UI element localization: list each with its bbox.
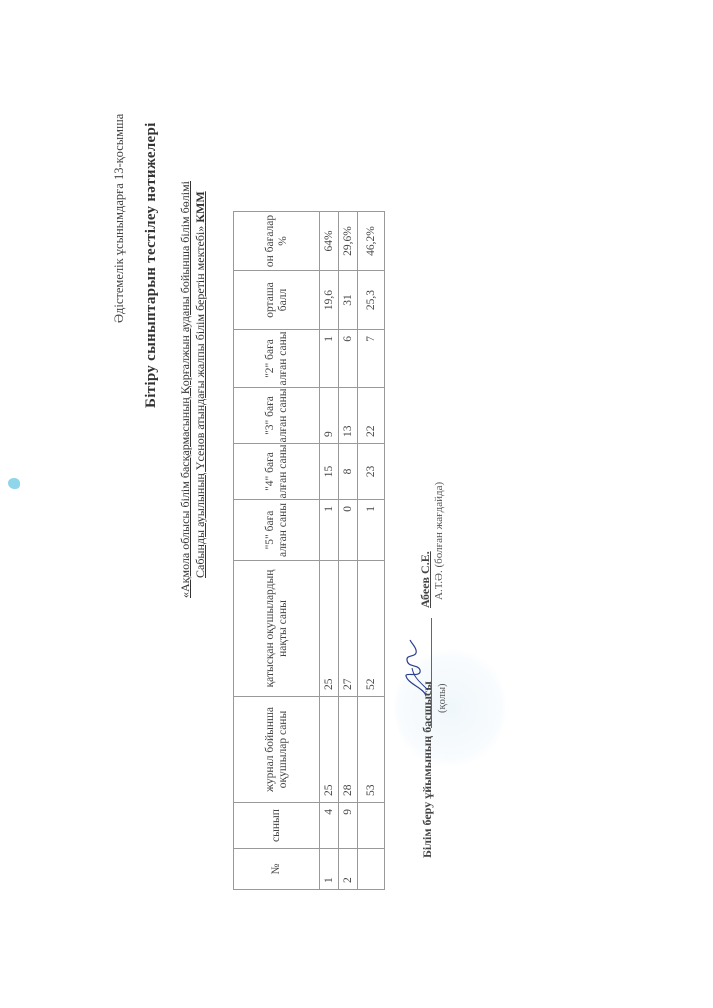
col-header-grade-3: "3" баға алған саны [234,388,320,444]
cell: 1 [320,849,339,890]
document-title: Бітіру сыныптарын тестілеу нәтижелері [143,122,160,408]
cell: 4 [320,803,339,849]
appendix-note: Әдістемелік ұсынымдарға 13-қосымша [112,114,127,323]
cell: 9 [339,803,358,849]
cell: 31 [339,271,358,330]
cell: 23 [358,444,385,500]
cell: 28 [339,697,358,803]
table-header-row: № сынып журнал бойынша оқушылар саны қат… [234,212,320,890]
cell: 19,6 [320,271,339,330]
col-header-good-percent: он бағалар % [234,212,320,271]
cell [358,849,385,890]
cell: 52 [358,561,385,697]
cell: 46,2% [358,212,385,271]
cell: 25 [320,697,339,803]
signature-caption: (қолы) [437,683,448,713]
col-header-grade-2: "2" баға алған саны [234,330,320,388]
document-page: Әдістемелік ұсынымдарға 13-қосымша Бітір… [0,0,713,1008]
cell: 29,6% [339,212,358,271]
col-header-journal-count: журнал бойынша оқушылар саны [234,697,320,803]
cell [358,803,385,849]
cell: 1 [320,500,339,561]
cell: 27 [339,561,358,697]
col-header-average: орташа балл [234,271,320,330]
table-row: 1 4 25 25 1 15 9 1 19,6 64% [320,212,339,890]
name-caption: А.Т.Ә. (болған жағдайда) [433,482,445,600]
cell: 2 [339,849,358,890]
handwritten-signature [402,638,430,698]
cell: 64% [320,212,339,271]
results-table: № сынып журнал бойынша оқушылар саны қат… [233,211,385,890]
cell: 53 [358,697,385,803]
organization-line-2: Сабынды ауылының Үсенов атындағы жалпы б… [193,191,208,578]
cell: 9 [320,388,339,444]
cell: 0 [339,500,358,561]
signatory-name: Абеев С.Е. [418,551,433,608]
cell: 1 [358,500,385,561]
col-header-number: № [234,849,320,890]
cell: 13 [339,388,358,444]
col-header-class: сынып [234,803,320,849]
cell: 22 [358,388,385,444]
table-total-row: 53 52 1 23 22 7 25,3 46,2% [358,212,385,890]
organization-name: Сабынды ауылының Үсенов атындағы жалпы б… [193,226,207,578]
cell: 8 [339,444,358,500]
table-row: 2 9 28 27 0 8 13 6 31 29,6% [339,212,358,890]
col-header-grade-5: "5" баға алған саны [234,500,320,561]
cell: 1 [320,330,339,388]
organization-line-1: «Ақмола облысы білім басқармасының Қорға… [178,181,193,598]
col-header-participants: қатысқан оқушылардың нақты саны [234,561,320,697]
cell: 25,3 [358,271,385,330]
cell: 6 [339,330,358,388]
cell: 15 [320,444,339,500]
cell: 7 [358,330,385,388]
col-header-grade-4: "4" баға алған саны [234,444,320,500]
cell: 25 [320,561,339,697]
organization-type: КММ [193,191,207,222]
